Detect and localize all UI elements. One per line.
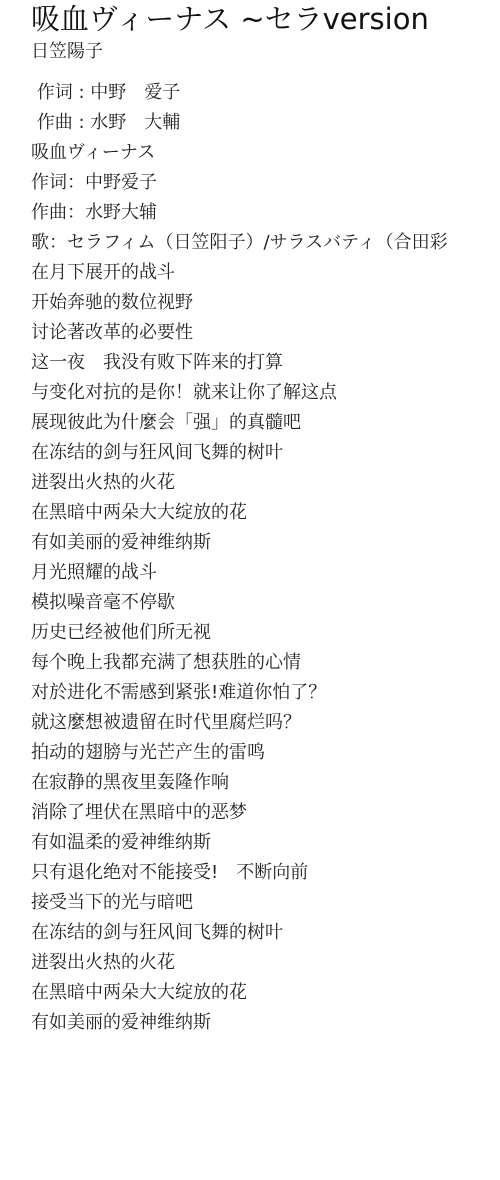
lyric-line: 在月下展开的战斗 (31, 258, 500, 288)
lyric-line: 作词 : 中野 爱子 (31, 78, 500, 108)
lyric-line: 迸裂出火热的火花 (31, 468, 500, 498)
lyric-line: 在寂静的黑夜里轰隆作响 (31, 768, 500, 798)
lyric-line: 在黑暗中两朵大大绽放的花 (31, 978, 500, 1008)
lyric-line: 对於进化不需感到紧张!难道你怕了？ (31, 678, 500, 708)
lyric-line: 在黑暗中两朵大大绽放的花 (31, 498, 500, 528)
lyric-line: 历史已经被他们所无视 (31, 618, 500, 648)
lyric-line: 有如美丽的爱神维纳斯 (31, 1008, 500, 1038)
lyric-line: 就这麼想被遗留在时代里腐烂吗？ (31, 708, 500, 738)
lyric-line: 吸血ヴィーナス (31, 138, 500, 168)
lyric-line: 展现彼此为什麼会「强」的真髓吧 (31, 408, 500, 438)
lyric-line: 消除了埋伏在黑暗中的恶梦 (31, 798, 500, 828)
lyric-line: 在冻结的剑与狂风间飞舞的树叶 (31, 438, 500, 468)
lyric-line: 月光照耀的战斗 (31, 558, 500, 588)
lyric-line: 作曲：水野大辅 (31, 198, 500, 228)
lyric-line: 每个晚上我都充满了想获胜的心情 (31, 648, 500, 678)
lyric-line: 有如温柔的爱神维纳斯 (31, 828, 500, 858)
lyric-line: 开始奔驰的数位视野 (31, 288, 500, 318)
lyric-line: 有如美丽的爱神维纳斯 (31, 528, 500, 558)
lyric-line: 迸裂出火热的火花 (31, 948, 500, 978)
lyric-line: 歌：セラフィム（日笠阳子）/サラスバティ（合田彩 (31, 228, 500, 258)
lyric-line: 这一夜 我没有败下阵来的打算 (31, 348, 500, 378)
lyric-line: 与变化对抗的是你！就来让你了解这点 (31, 378, 500, 408)
lyric-line: 拍动的翅膀与光芒产生的雷鸣 (31, 738, 500, 768)
song-title: 吸血ヴィーナス ~セラversion (31, 0, 429, 38)
lyric-line: 在冻结的剑与狂风间飞舞的树叶 (31, 918, 500, 948)
lyric-line: 模拟噪音毫不停歇 (31, 588, 500, 618)
lyric-line: 作词：中野爱子 (31, 168, 500, 198)
lyric-line: 只有退化绝对不能接受! 不断向前 (31, 858, 500, 888)
artist-name: 日笠陽子 (31, 38, 103, 66)
lyric-line: 接受当下的光与暗吧 (31, 888, 500, 918)
lyrics-body: 作词 : 中野 爱子 作曲 : 水野 大輔吸血ヴィーナス作词：中野爱子作曲：水野… (31, 78, 500, 1038)
lyric-line: 讨论著改革的必要性 (31, 318, 500, 348)
lyric-line: 作曲 : 水野 大輔 (31, 108, 500, 138)
